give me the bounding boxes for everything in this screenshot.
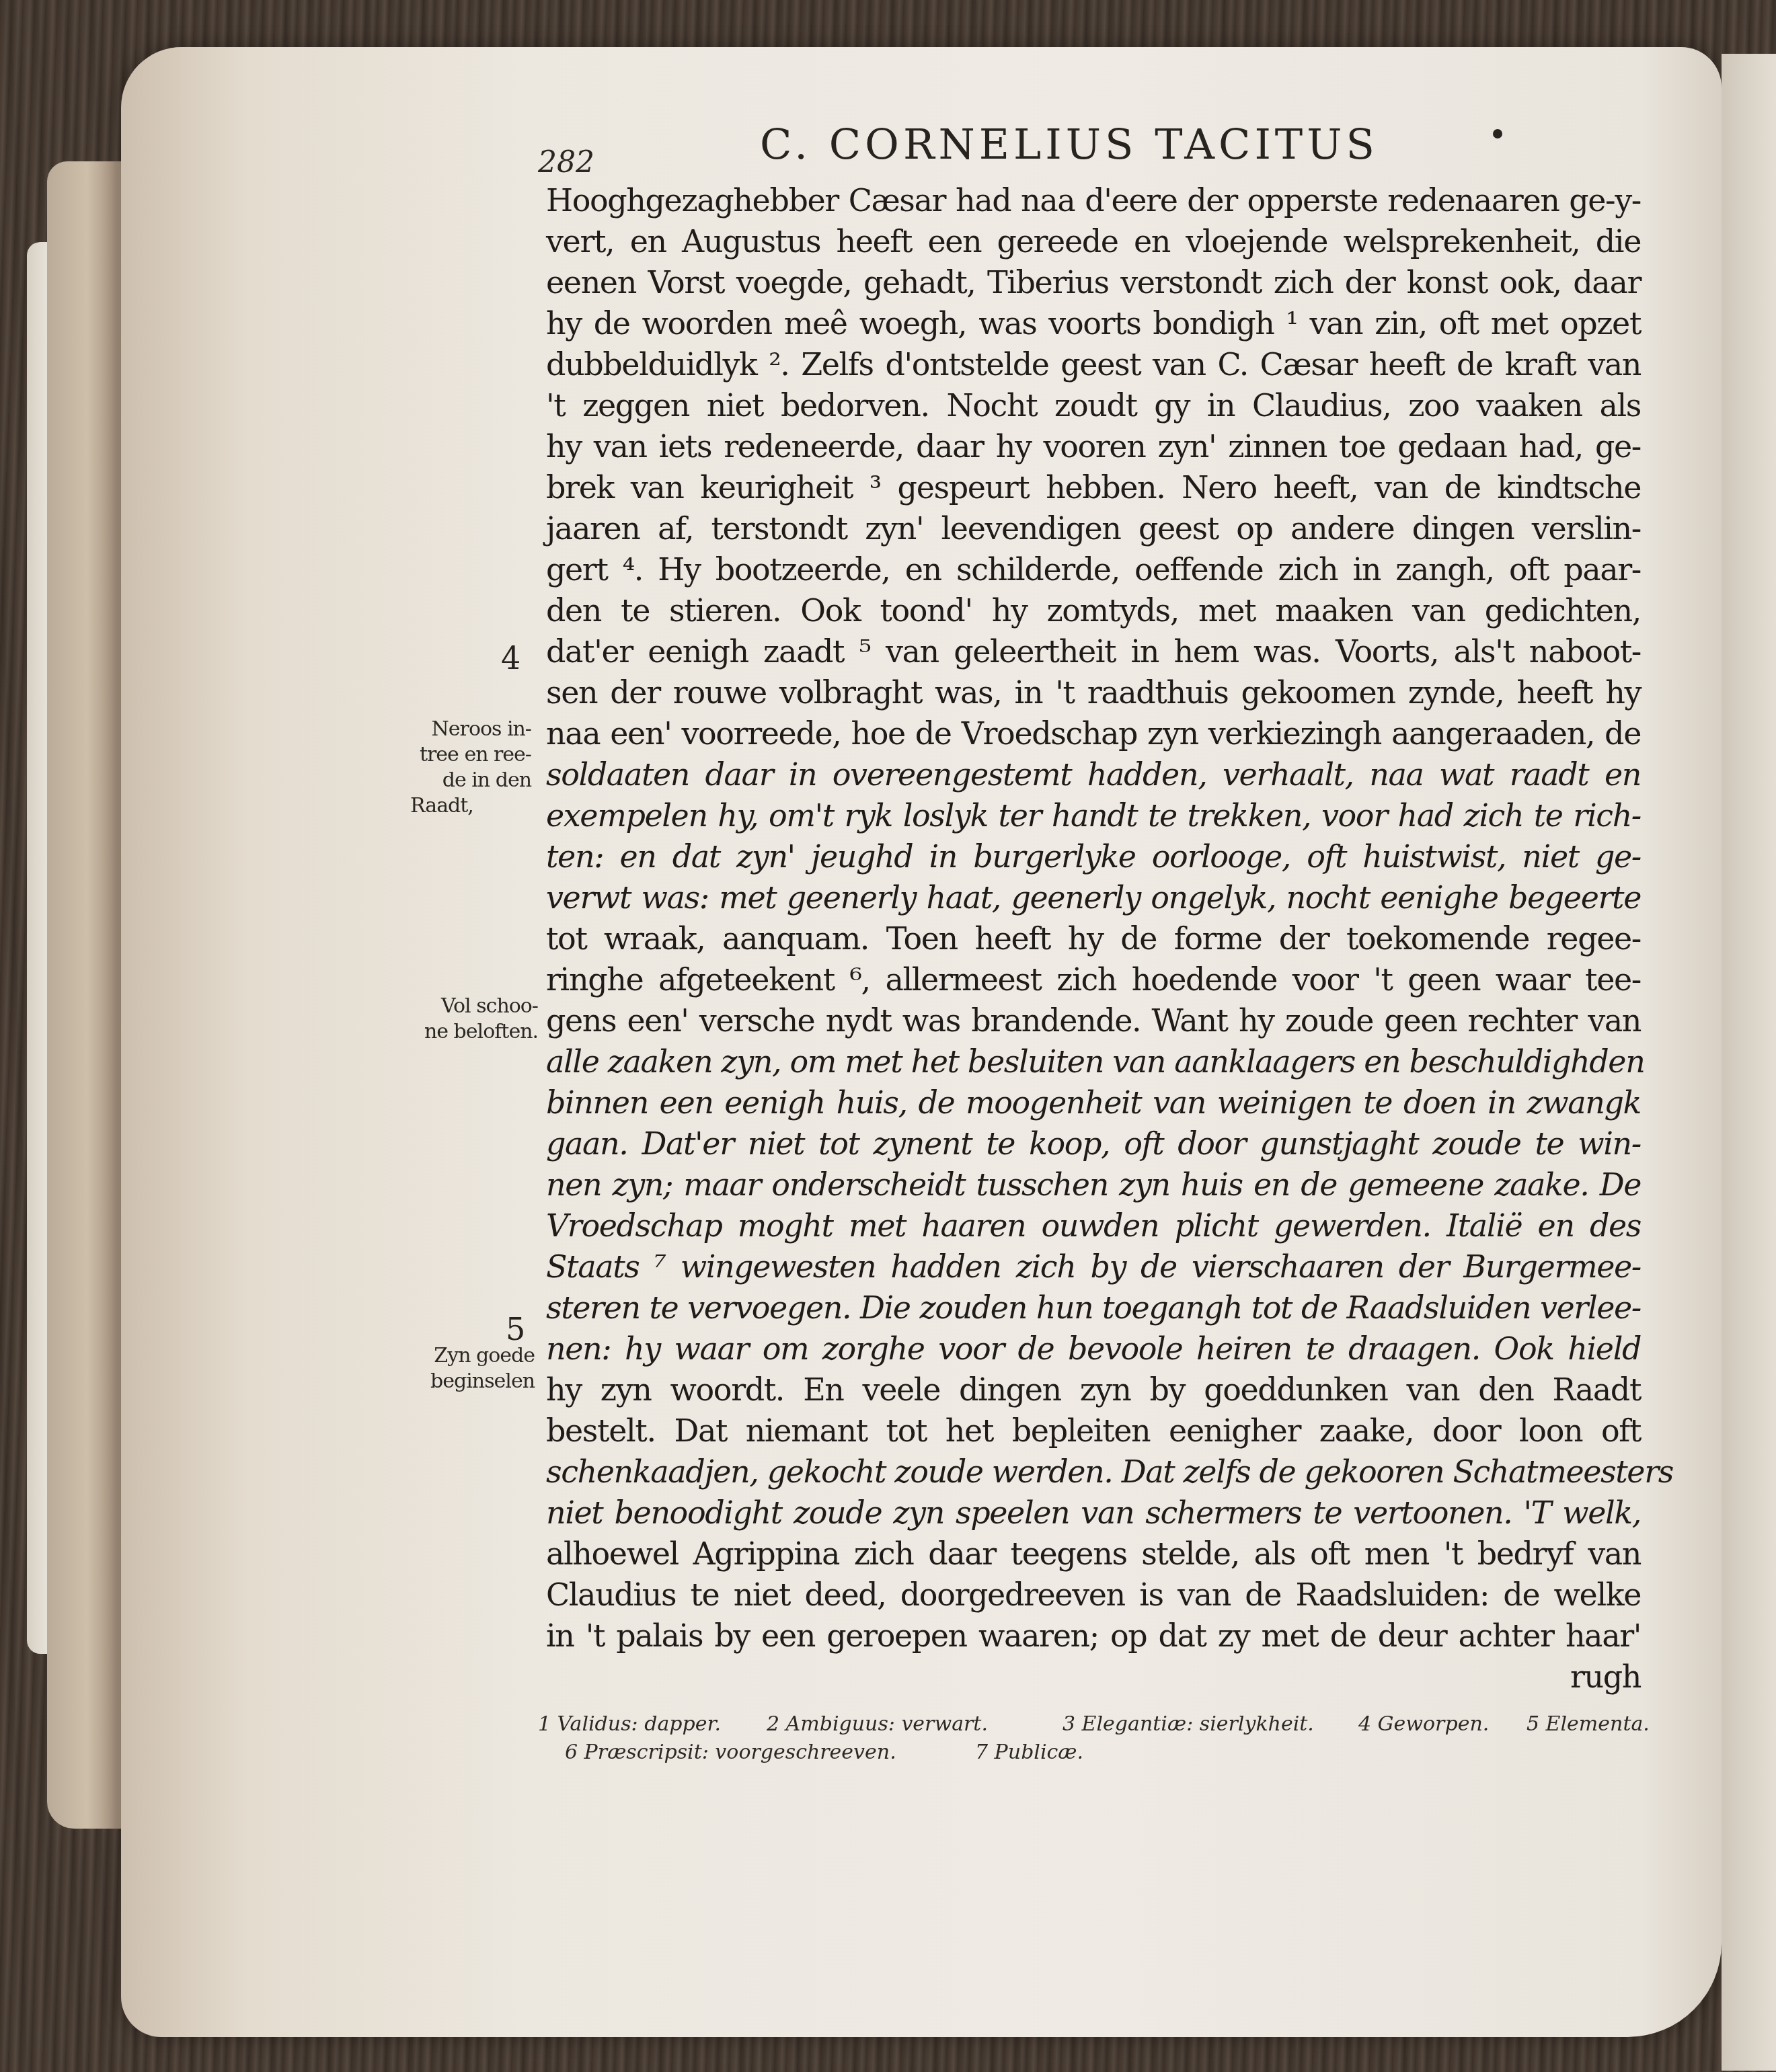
margin-note-line: beginselen: [403, 1369, 535, 1394]
footnote-6: 6 Præscripsit: voorgeschreeven.: [565, 1739, 896, 1767]
text-line: nen: hy waar om zorghe voor de bevoole h…: [546, 1328, 1641, 1369]
text-line: exempelen hy, om't ryk loslyk ter handt …: [546, 795, 1641, 836]
text-line: alhoewel Agrippina zich daar teegens ste…: [546, 1533, 1641, 1575]
text-line: gaan. Dat'er niet tot zynent te koop, of…: [546, 1123, 1641, 1164]
ornament-dot-icon: [1493, 129, 1502, 138]
text-line: Hooghgezaghebber Cæsar had naa d'eere de…: [546, 180, 1641, 221]
catchword: rugh: [546, 1657, 1641, 1698]
footnote-1: 1 Validus: dapper.: [538, 1710, 721, 1739]
footnote-2: 2 Ambiguus: verwart.: [767, 1710, 988, 1739]
text-line: dubbelduidlyk ². Zelfs d'ontstelde geest…: [546, 344, 1641, 385]
text-line: ringhe afgeteekent ⁶, allermeest zich ho…: [546, 959, 1641, 1000]
text-line: bestelt. Dat niemant tot het bepleiten e…: [546, 1410, 1641, 1451]
text-line: Vroedschap moght met haaren ouwden plich…: [546, 1205, 1641, 1246]
running-head: 282 C. CORNELIUS TACITUS: [538, 120, 1654, 180]
text-line: verwt was: met geenerly haat, geenerly o…: [546, 877, 1641, 918]
margin-note-line: de in den: [410, 768, 531, 793]
text-line: ten: en dat zyn' jeughd in burgerlyke oo…: [546, 836, 1641, 877]
text-line: gens een' versche nydt was brandende. Wa…: [546, 1000, 1641, 1041]
section-number-4: 4: [501, 640, 520, 676]
text-line: vert, en Augustus heeft een gereede en v…: [546, 221, 1641, 262]
footnotes: 1 Validus: dapper. 2 Ambiguus: verwart. …: [538, 1710, 1641, 1767]
text-line: naa een' voorreede, hoe de Vroedschap zy…: [546, 713, 1641, 754]
text-line: niet benoodight zoude zyn speelen van sc…: [546, 1492, 1641, 1533]
text-line: steren te vervoegen. Die zouden hun toeg…: [546, 1287, 1641, 1328]
text-line: nen zyn; maar onderscheidt tusschen zyn …: [546, 1164, 1641, 1205]
text-line: binnen een eenigh huis, de moogenheit va…: [546, 1082, 1641, 1123]
text-line: schenkaadjen, gekocht zoude werden. Dat …: [546, 1451, 1641, 1492]
margin-note-beginselen: Zyn goede beginselen: [403, 1343, 535, 1394]
text-line: 't zeggen niet bedorven. Nocht zoudt gy …: [546, 385, 1641, 426]
footnote-5: 5 Elementa.: [1527, 1710, 1650, 1739]
section-number-5: 5: [506, 1311, 525, 1347]
footnote-3: 3 Elegantiæ: sierlykheit.: [1063, 1710, 1314, 1739]
text-line: dat'er eenigh zaadt ⁵ van geleertheit in…: [546, 631, 1641, 672]
text-line: soldaaten daar in overeengestemt hadden,…: [546, 754, 1641, 795]
text-line: in 't palais by een geroepen waaren; op …: [546, 1616, 1641, 1657]
text-line: alle zaaken zyn, om met het besluiten va…: [546, 1041, 1641, 1082]
footnote-row-1: 1 Validus: dapper. 2 Ambiguus: verwart. …: [538, 1710, 1641, 1739]
margin-note-line: Vol schoo-: [403, 994, 538, 1019]
text-line: sen der rouwe volbraght was, in 't raadt…: [546, 672, 1641, 713]
text-line: gert ⁴. Hy bootzeerde, en schilderde, oe…: [546, 549, 1641, 590]
footnote-4: 4 Geworpen.: [1358, 1710, 1489, 1739]
margin-note-line: Zyn goede: [403, 1343, 535, 1369]
text-line: Claudius te niet deed, doorgedreeven is …: [546, 1575, 1641, 1616]
text-line: hy van iets redeneerde, daar hy vooren z…: [546, 426, 1641, 467]
text-line: eenen Vorst voegde, gehadt, Tiberius ver…: [546, 262, 1641, 303]
margin-note-line: tree en ree-: [410, 742, 531, 768]
margin-note-line: Raadt,: [410, 793, 531, 819]
page-number: 282: [538, 145, 594, 180]
header-title: C. CORNELIUS TACITUS: [760, 120, 1379, 169]
margin-note-line: Neroos in-: [410, 717, 531, 742]
text-line: hy zyn woordt. En veele dingen zyn by go…: [546, 1369, 1641, 1410]
margin-note-neroos: Neroos in- tree en ree- de in den Raadt,: [410, 717, 531, 819]
footnote-row-2: 6 Præscripsit: voorgeschreeven. 7 Public…: [538, 1739, 1641, 1767]
text-line: Staats ⁷ wingewesten hadden zich by de v…: [546, 1246, 1641, 1287]
text-line: tot wraak, aanquam. Toen heeft hy de for…: [546, 918, 1641, 959]
text-line: den te stieren. Ook toond' hy zomtyds, m…: [546, 590, 1641, 631]
margin-note-line: ne beloften.: [403, 1019, 538, 1045]
footnote-7: 7 Publicæ.: [975, 1739, 1083, 1767]
margin-note-beloften: Vol schoo- ne beloften.: [403, 994, 538, 1045]
text-line: hy de woorden meê woegh, was voorts bond…: [546, 303, 1641, 344]
text-line: jaaren af, terstondt zyn' leevendigen ge…: [546, 508, 1641, 549]
facing-page-edge: [1722, 54, 1776, 2071]
text-line: brek van keurigheit ³ gespeurt hebben. N…: [546, 467, 1641, 508]
body-text: Hooghgezaghebber Cæsar had naa d'eere de…: [546, 180, 1641, 1698]
